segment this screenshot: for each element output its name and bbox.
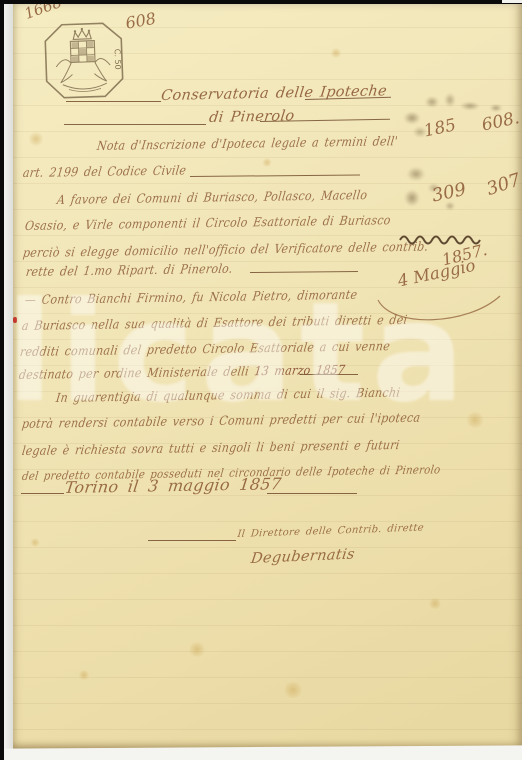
paper-stain [465,412,485,428]
scan-edge [2,745,522,760]
title-line-2: di Pinerolo [208,108,295,126]
scan-edge [502,0,522,3]
ink-rule [300,374,358,375]
body-line-2: art. 2199 del Codice Civile [22,162,187,180]
ministerial-date: 13 marzo 1857 [254,362,347,378]
ink-rule [21,493,64,494]
revenue-stamp-icon: C. 50 [43,21,126,102]
paper-stain [78,670,90,680]
ink-rule [148,540,236,541]
scan-edge [4,2,13,760]
paper-stain [188,642,206,657]
paper-stain [30,538,40,547]
stamp-value: C. 50 [113,49,123,70]
paper-stain [330,48,342,58]
dateline: Torino il 3 maggio 1857 [64,474,283,497]
signature-flourish-icon [372,292,506,332]
paper-stain [262,158,272,167]
scanned-document: 1668 C. 50 608 Conservatoria delle Ipote… [0,0,522,760]
ink-rule [267,493,357,494]
scan-edge [0,0,522,4]
ink-rule [64,124,206,125]
paper-stain [282,682,304,698]
scan-edge [0,0,4,760]
paper-stain [28,132,44,146]
ink-rule [66,101,161,102]
red-mark [13,317,17,323]
paper-stain [428,598,442,609]
